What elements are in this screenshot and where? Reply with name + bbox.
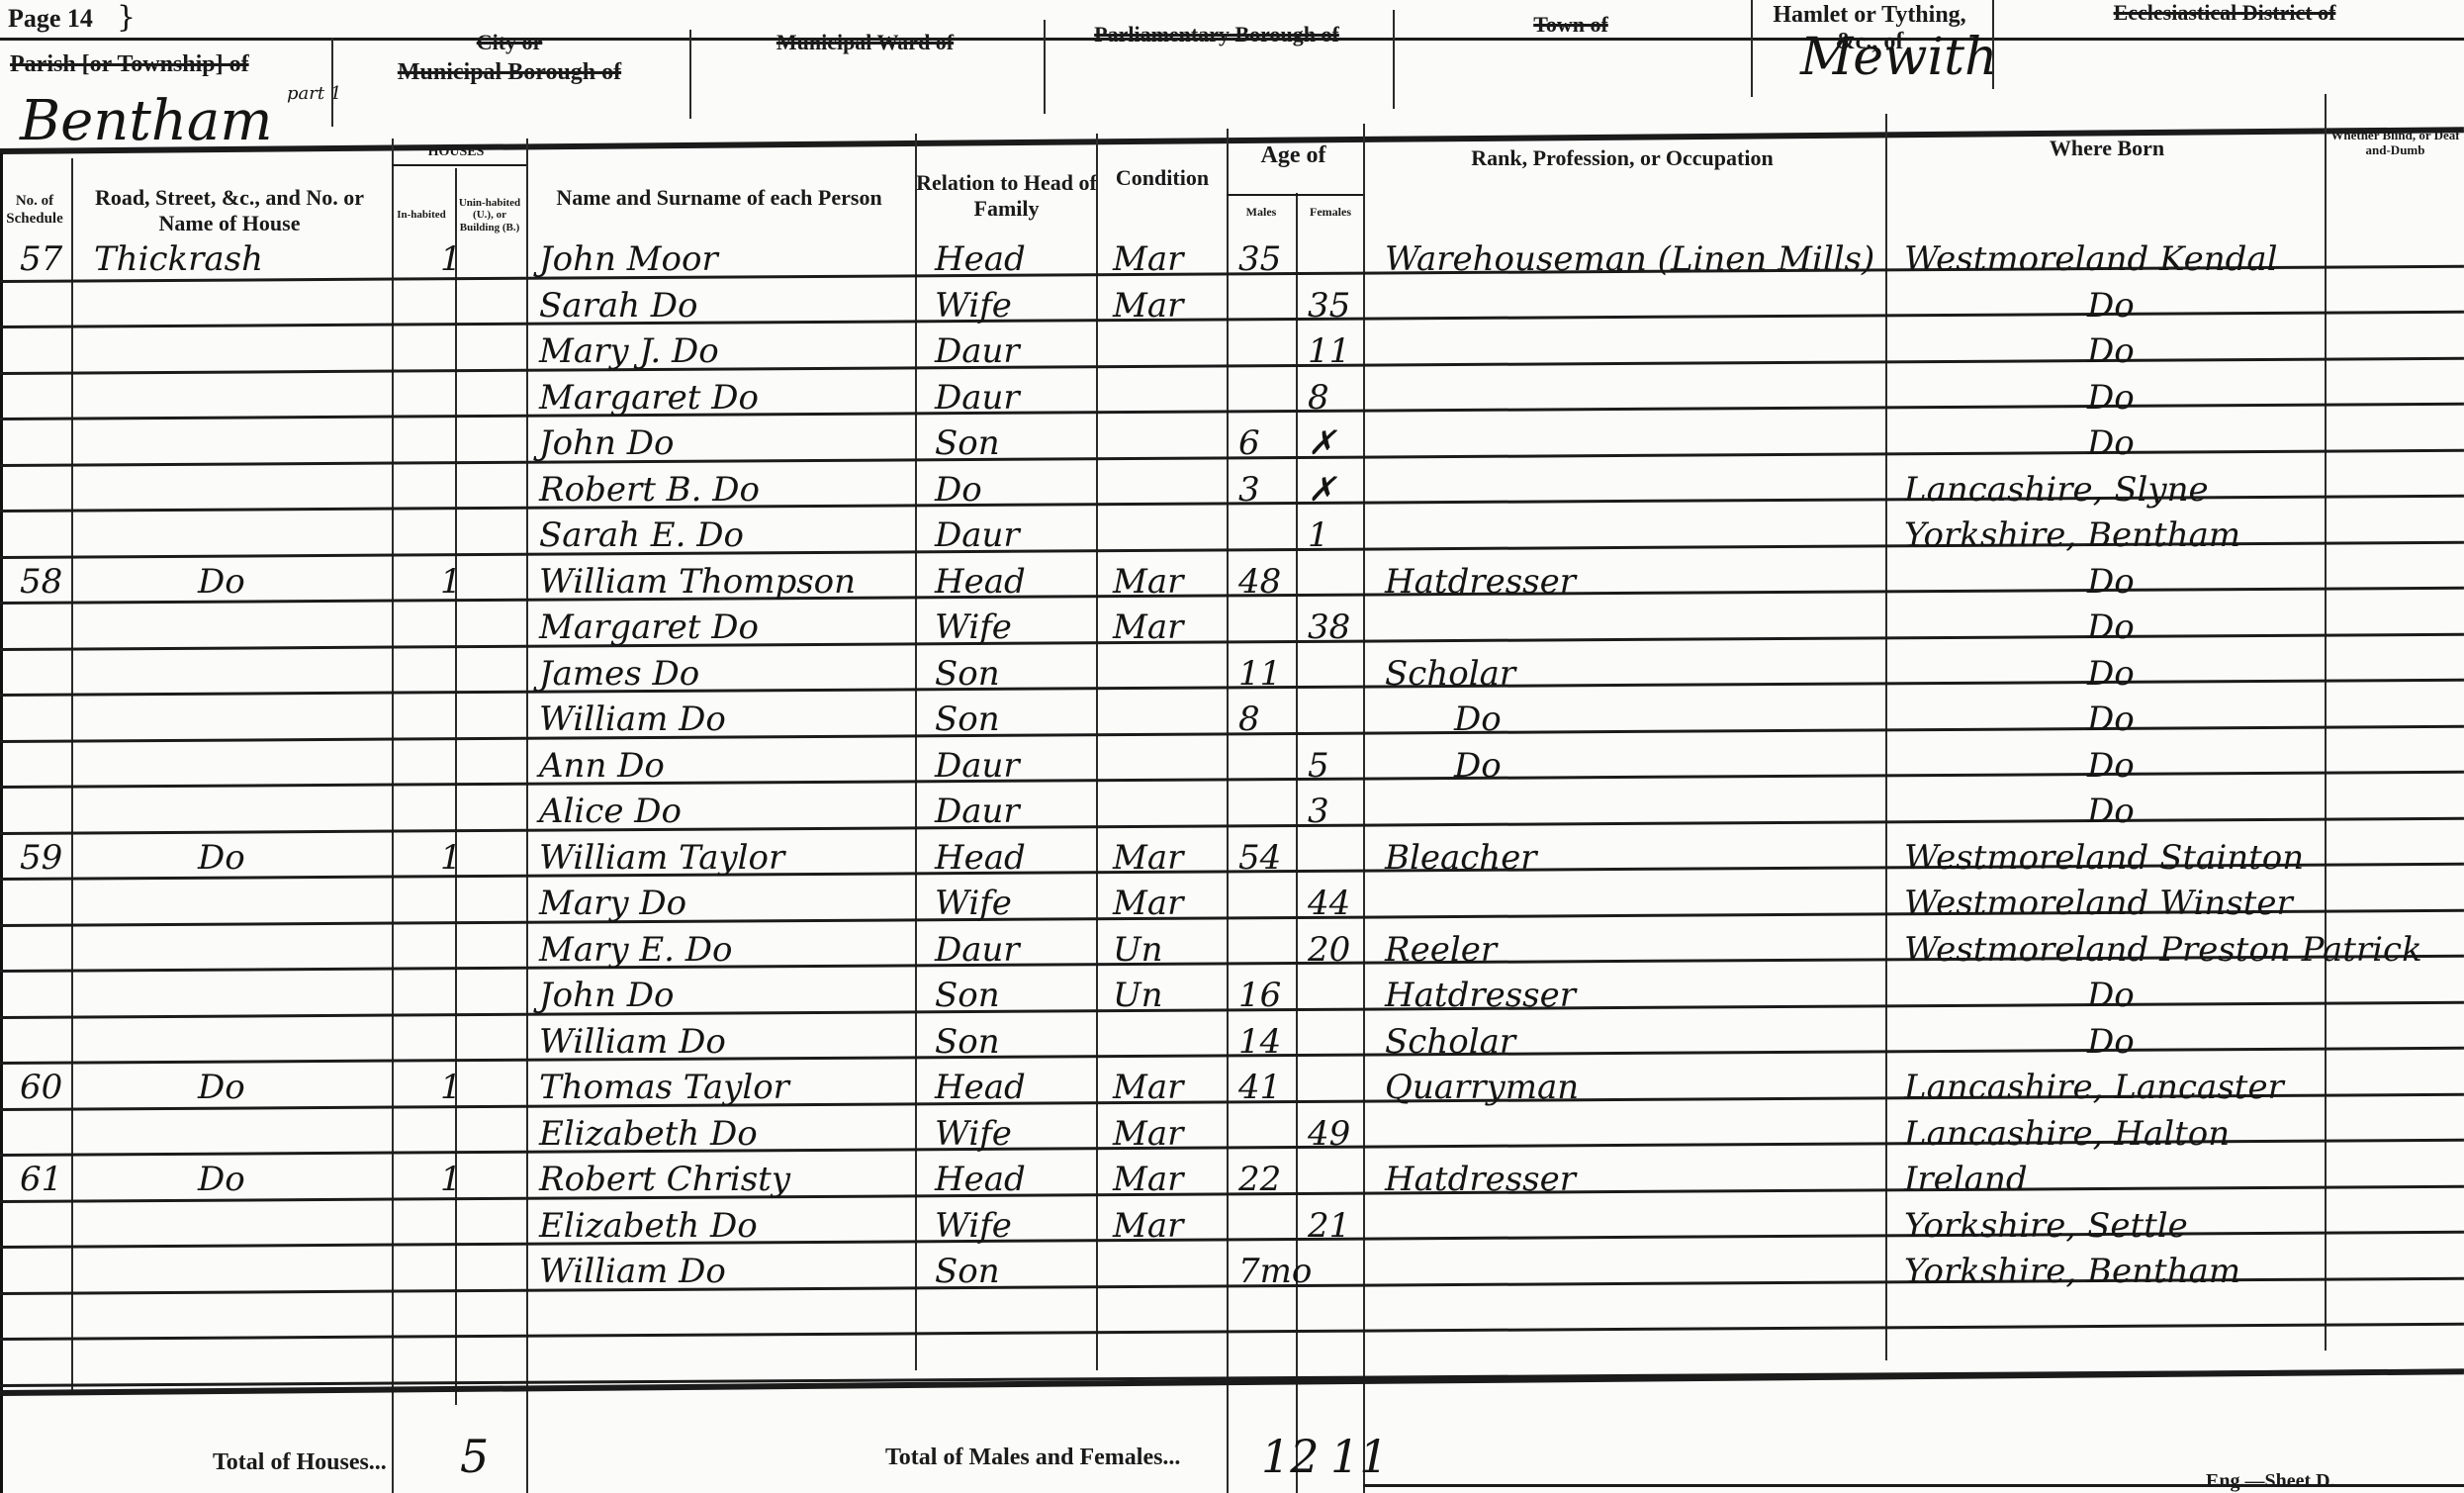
cell-male-age: 14 (1238, 1022, 1281, 1062)
cell-relation: Son (935, 423, 1000, 463)
cell-born: Do (2087, 792, 2135, 831)
cell-born: Do (2087, 700, 2135, 739)
cell-born: Ireland (1904, 1160, 2028, 1199)
cell-relation: Daur (935, 746, 1020, 786)
col-blind: Whether Blind, or Deaf and-Dumb (2327, 99, 2464, 188)
cell-schedule: 58 (20, 562, 62, 602)
cell-born: Lancashire, Slyne (1904, 470, 2209, 510)
parish-label: Parish [or Township] of (10, 51, 249, 78)
cell-name: James Do (539, 654, 699, 694)
cell-relation: Head (935, 838, 1026, 878)
cell-occupation: Scholar (1385, 1022, 1515, 1062)
cell-relation: Head (935, 1068, 1026, 1107)
cell-occupation: Hatdresser (1385, 562, 1576, 602)
cell-name: Robert B. Do (539, 470, 760, 510)
cell-relation: Son (935, 1252, 1000, 1291)
col-uninhabited: Unin-habited (U.), or Building (B.) (455, 168, 524, 262)
cell-name: Sarah E. Do (539, 515, 744, 555)
total-persons-label: Total of Males and Females... (885, 1445, 1180, 1471)
cell-name: Thomas Taylor (539, 1068, 789, 1107)
cell-condition: Mar (1113, 884, 1183, 923)
parliamentary-label: Parliamentary Borough of (1044, 22, 1390, 47)
cell-born: Yorkshire, Settle (1904, 1206, 2188, 1246)
cell-relation: Wife (935, 286, 1012, 326)
cell-condition: Mar (1113, 1114, 1183, 1154)
col-females: Females (1296, 198, 1365, 228)
cell-female-age: 1 (1308, 515, 1329, 555)
ecclesiastical-label: Ecclesiastical District of (1992, 0, 2457, 26)
cell-born: Do (2087, 378, 2135, 418)
row-rule (0, 1323, 2464, 1341)
cell-born: Do (2087, 976, 2135, 1015)
cell-inhabited: 1 (440, 838, 462, 878)
cell-inhabited: 1 (440, 239, 462, 279)
cell-relation: Wife (935, 884, 1012, 923)
cell-born: Westmoreland Kendal (1904, 239, 2278, 279)
col-rule (2325, 94, 2327, 1351)
cell-female-age: 3 (1308, 792, 1329, 831)
cell-occupation: Scholar (1385, 654, 1515, 694)
col-occupation: Rank, Profession, or Occupation (1365, 129, 1879, 188)
cell-born: Westmoreland Preston Patrick (1904, 930, 2422, 970)
age-rule (1227, 194, 1363, 196)
cell-inhabited: 1 (440, 1068, 462, 1107)
cell-name: Robert Christy (539, 1160, 790, 1199)
cell-relation: Head (935, 1160, 1026, 1199)
cell-schedule: 60 (20, 1068, 62, 1107)
cell-name: John Moor (539, 239, 718, 279)
cell-born: Do (2087, 654, 2135, 694)
cell-name: Elizabeth Do (539, 1114, 758, 1154)
town-label: Town of (1393, 12, 1749, 38)
cell-name: Alice Do (539, 792, 682, 831)
cell-occupation: Hatdresser (1385, 1160, 1576, 1199)
cell-condition: Mar (1113, 239, 1183, 279)
cell-name: Ann Do (539, 746, 665, 786)
cell-born: Do (2087, 423, 2135, 463)
cell-road: Thickrash (94, 239, 263, 279)
cell-occupation: Do (1454, 700, 1502, 739)
cell-name: John Do (539, 976, 674, 1015)
cell-condition: Mar (1113, 1068, 1183, 1107)
row-rule (0, 1184, 2464, 1202)
cell-condition: Mar (1113, 1160, 1183, 1199)
cell-male-age: 48 (1238, 562, 1281, 602)
col-where-born: Where Born (1889, 119, 2325, 178)
parish-value: Bentham (20, 89, 272, 153)
cell-name: John Do (539, 423, 674, 463)
cell-male-age: 22 (1238, 1160, 1281, 1199)
cell-condition: Mar (1113, 1206, 1183, 1246)
cell-male-age: 54 (1238, 838, 1281, 878)
cell-male-age: 8 (1238, 700, 1260, 739)
cell-occupation: Reeler (1385, 930, 1497, 970)
col-name: Name and Surname of each Person (526, 148, 912, 247)
cell-name: William Do (539, 700, 726, 739)
cell-born: Do (2087, 1022, 2135, 1062)
cell-female-age: 21 (1308, 1206, 1350, 1246)
cell-road: Do (198, 1068, 245, 1107)
col-condition: Condition (1098, 139, 1227, 218)
cell-condition: Mar (1113, 562, 1183, 602)
col-rule (1296, 193, 1298, 1493)
cell-schedule: 57 (20, 239, 62, 279)
cell-relation: Wife (935, 1114, 1012, 1154)
cell-male-age: 7mo (1238, 1252, 1312, 1291)
cell-relation: Daur (935, 378, 1020, 418)
cell-relation: Do (935, 470, 982, 510)
footer-label: Eng.—Sheet D. (2206, 1470, 2335, 1493)
cell-female-age: 49 (1308, 1114, 1350, 1154)
cell-name: Elizabeth Do (539, 1206, 758, 1246)
cell-born: Yorkshire, Bentham (1904, 515, 2240, 555)
cell-male-age: 16 (1238, 976, 1281, 1015)
cell-relation: Son (935, 700, 1000, 739)
cell-name: William Taylor (539, 838, 784, 878)
total-houses-label: Total of Houses... (213, 1449, 387, 1476)
col-rule (1227, 129, 1229, 1493)
col-rule (71, 158, 73, 1395)
cell-occupation: Quarryman (1385, 1068, 1579, 1107)
cell-relation: Daur (935, 930, 1020, 970)
page-bracket: } (117, 0, 136, 35)
cell-born: Westmoreland Winster (1904, 884, 2293, 923)
cell-relation: Head (935, 562, 1026, 602)
cell-name: Mary J. Do (539, 331, 719, 371)
cell-occupation: Hatdresser (1385, 976, 1576, 1015)
cell-born: Do (2087, 331, 2135, 371)
cell-relation: Wife (935, 607, 1012, 647)
total-females: 11 (1330, 1430, 1389, 1483)
cell-schedule: 61 (20, 1160, 62, 1199)
cell-name: Sarah Do (539, 286, 698, 326)
cell-name: Mary Do (539, 884, 686, 923)
ward-label: Municipal Ward of (689, 30, 1041, 55)
houses-rule (392, 164, 526, 166)
cell-born: Lancashire, Halton (1904, 1114, 2230, 1154)
col-rule (1363, 124, 1365, 1493)
cell-relation: Son (935, 1022, 1000, 1062)
cell-born: Lancashire, Lancaster (1904, 1068, 2284, 1107)
cell-name: Margaret Do (539, 607, 759, 647)
cell-occupation: Do (1454, 746, 1502, 786)
cell-relation: Wife (935, 1206, 1012, 1246)
census-page: Page 14 } Parish [or Township] of Bentha… (0, 0, 2464, 1493)
cell-born: Do (2087, 562, 2135, 602)
cell-female-age: ✗ (1308, 470, 1336, 510)
cell-relation: Son (935, 976, 1000, 1015)
cell-male-age: 11 (1238, 654, 1281, 694)
cell-female-age: 44 (1308, 884, 1350, 923)
cell-name: William Thompson (539, 562, 856, 602)
cell-condition: Un (1113, 930, 1163, 970)
cell-condition: Mar (1113, 838, 1183, 878)
city-label: City or (331, 30, 687, 55)
cell-relation: Daur (935, 331, 1020, 371)
cell-name: Mary E. Do (539, 930, 733, 970)
cell-relation: Daur (935, 515, 1020, 555)
col-males: Males (1227, 198, 1296, 228)
cell-name: William Do (539, 1022, 726, 1062)
cell-inhabited: 1 (440, 562, 462, 602)
col-houses: HOUSES (392, 140, 520, 164)
cell-inhabited: 1 (440, 1160, 462, 1199)
borough-label: Municipal Borough of (331, 59, 687, 86)
cell-female-age: 11 (1308, 331, 1350, 371)
cell-female-age: ✗ (1308, 423, 1336, 463)
cell-road: Do (198, 1160, 245, 1199)
total-males: 12 (1261, 1430, 1320, 1483)
cell-schedule: 59 (20, 838, 62, 878)
col-rule (455, 168, 457, 1405)
cell-road: Do (198, 562, 245, 602)
page-label: Page 14 (8, 4, 93, 34)
cell-relation: Head (935, 239, 1026, 279)
cell-born: Do (2087, 286, 2135, 326)
cell-road: Do (198, 838, 245, 878)
cell-male-age: 3 (1238, 470, 1260, 510)
cell-relation: Daur (935, 792, 1020, 831)
cell-male-age: 35 (1238, 239, 1281, 279)
cell-occupation: Bleacher (1385, 838, 1537, 878)
cell-born: Do (2087, 746, 2135, 786)
cell-female-age: 5 (1308, 746, 1329, 786)
cell-male-age: 6 (1238, 423, 1260, 463)
col-relation: Relation to Head of Family (915, 139, 1098, 252)
col-age: Age of (1227, 134, 1360, 178)
cell-female-age: 38 (1308, 607, 1350, 647)
cell-name: William Do (539, 1252, 726, 1291)
cell-occupation: Warehouseman (Linen Mills) (1385, 239, 1874, 279)
cell-male-age: 41 (1238, 1068, 1281, 1107)
hamlet-value: Mewith (1800, 28, 1998, 87)
cell-born: Yorkshire, Bentham (1904, 1252, 2240, 1291)
cell-name: Margaret Do (539, 378, 759, 418)
cell-condition: Un (1113, 976, 1163, 1015)
cell-condition: Mar (1113, 286, 1183, 326)
cell-condition: Mar (1113, 607, 1183, 647)
cell-relation: Son (935, 654, 1000, 694)
total-houses-value: 5 (460, 1430, 489, 1483)
cell-born: Westmoreland Stainton (1904, 838, 2304, 878)
cell-female-age: 35 (1308, 286, 1350, 326)
col-rule (1885, 114, 1887, 1360)
cell-born: Do (2087, 607, 2135, 647)
cell-female-age: 8 (1308, 378, 1329, 418)
cell-female-age: 20 (1308, 930, 1350, 970)
